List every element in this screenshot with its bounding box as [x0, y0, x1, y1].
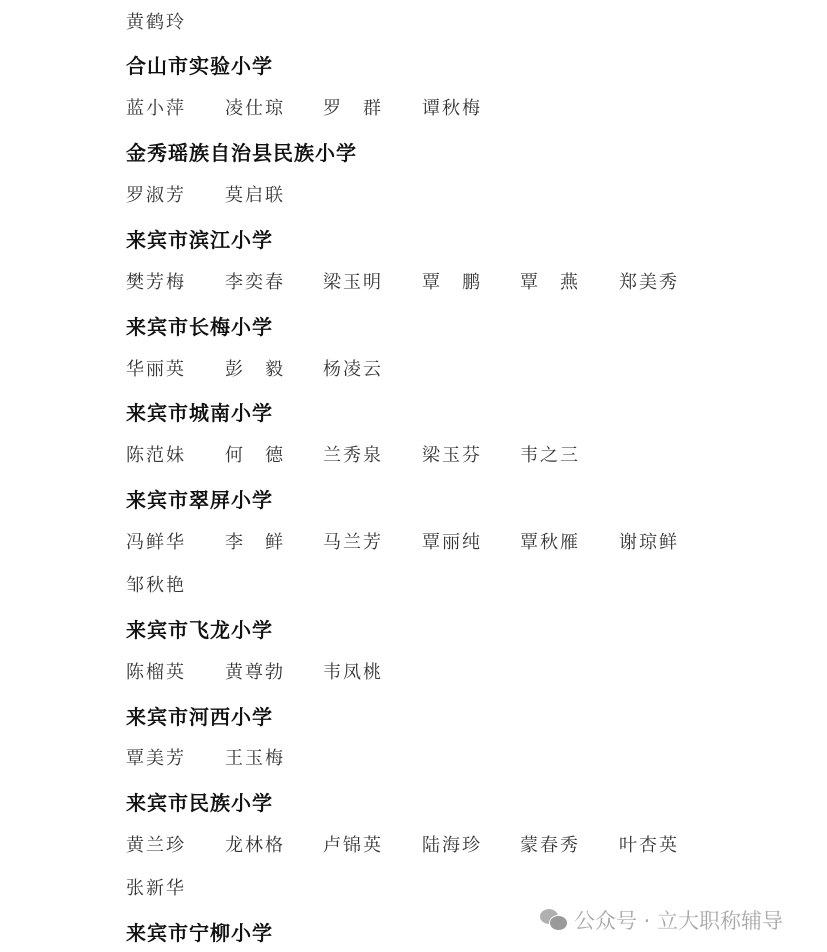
person-name: 莫启联: [225, 181, 285, 207]
person-name: 罗淑芳: [126, 181, 186, 207]
person-name: 彭 毅: [225, 355, 285, 381]
person-name: 陈榴英: [126, 658, 186, 684]
school-heading: 来宾市长梅小学: [126, 311, 273, 340]
person-name: 谭秋梅: [422, 94, 482, 120]
person-name: 黄鹤玲: [126, 8, 186, 34]
watermark: 公众号 · 立大职称辅导: [540, 905, 783, 935]
name-row: 黄鹤玲: [126, 8, 806, 32]
person-name: 蓝小萍: [126, 94, 186, 120]
school-heading: 来宾市飞龙小学: [126, 614, 273, 643]
person-name: 黄兰珍: [126, 831, 186, 857]
person-name: 梁玉芬: [422, 441, 482, 467]
person-name: 樊芳梅: [126, 268, 186, 294]
name-row: 陈范妹何 德兰秀泉梁玉芬韦之三: [126, 441, 806, 465]
person-name: 蒙春秀: [520, 831, 580, 857]
school-heading: 来宾市民族小学: [126, 787, 273, 816]
person-name: 覃美芳: [126, 744, 186, 770]
person-name: 兰秀泉: [323, 441, 383, 467]
name-row: 罗淑芳莫启联: [126, 181, 806, 205]
person-name: 陆海珍: [422, 831, 482, 857]
person-name: 杨凌云: [323, 355, 383, 381]
person-name: 李奕春: [225, 268, 285, 294]
school-heading: 金秀瑶族自治县民族小学: [126, 137, 357, 166]
person-name: 马兰芳: [323, 528, 383, 554]
school-heading: 来宾市宁柳小学: [126, 917, 273, 946]
person-name: 郑美秀: [619, 268, 679, 294]
name-row: 冯鲜华李 鲜马兰芳覃丽纯覃秋雁谢琼鲜: [126, 528, 806, 552]
name-row: 樊芳梅李奕春梁玉明覃 鹏覃 燕郑美秀: [126, 268, 806, 292]
name-row: 陈榴英黄尊勃韦凤桃: [126, 658, 806, 682]
name-row: 黄兰珍龙林格卢锦英陆海珍蒙春秀叶杏英: [126, 831, 806, 855]
person-name: 邹秋艳: [126, 571, 186, 597]
person-name: 谢琼鲜: [619, 528, 679, 554]
person-name: 王玉梅: [225, 744, 285, 770]
person-name: 龙林格: [225, 831, 285, 857]
person-name: 覃 燕: [520, 268, 580, 294]
school-heading: 来宾市滨江小学: [126, 224, 273, 253]
person-name: 韦之三: [520, 441, 580, 467]
person-name: 黄尊勃: [225, 658, 285, 684]
name-row: 覃美芳王玉梅: [126, 744, 806, 768]
person-name: 华丽英: [126, 355, 186, 381]
person-name: 覃秋雁: [520, 528, 580, 554]
person-name: 梁玉明: [323, 268, 383, 294]
name-row: 邹秋艳: [126, 571, 806, 595]
person-name: 叶杏英: [619, 831, 679, 857]
person-name: 覃 鹏: [422, 268, 482, 294]
school-heading: 来宾市城南小学: [126, 397, 273, 426]
person-name: 陈范妹: [126, 441, 186, 467]
person-name: 罗 群: [323, 94, 383, 120]
person-name: 凌仕琼: [225, 94, 285, 120]
person-name: 卢锦英: [323, 831, 383, 857]
name-row: 华丽英彭 毅杨凌云: [126, 355, 806, 379]
school-heading: 来宾市河西小学: [126, 701, 273, 730]
person-name: 覃丽纯: [422, 528, 482, 554]
person-name: 何 德: [225, 441, 285, 467]
wechat-icon: [540, 909, 568, 931]
person-name: 韦凤桃: [323, 658, 383, 684]
school-heading: 来宾市翠屏小学: [126, 484, 273, 513]
watermark-text: 公众号 · 立大职称辅导: [574, 905, 783, 935]
person-name: 李 鲜: [225, 528, 285, 554]
name-row: 张新华: [126, 874, 806, 898]
person-name: 冯鲜华: [126, 528, 186, 554]
school-heading: 合山市实验小学: [126, 50, 273, 79]
name-row: 蓝小萍凌仕琼罗 群谭秋梅: [126, 94, 806, 118]
person-name: 张新华: [126, 874, 186, 900]
